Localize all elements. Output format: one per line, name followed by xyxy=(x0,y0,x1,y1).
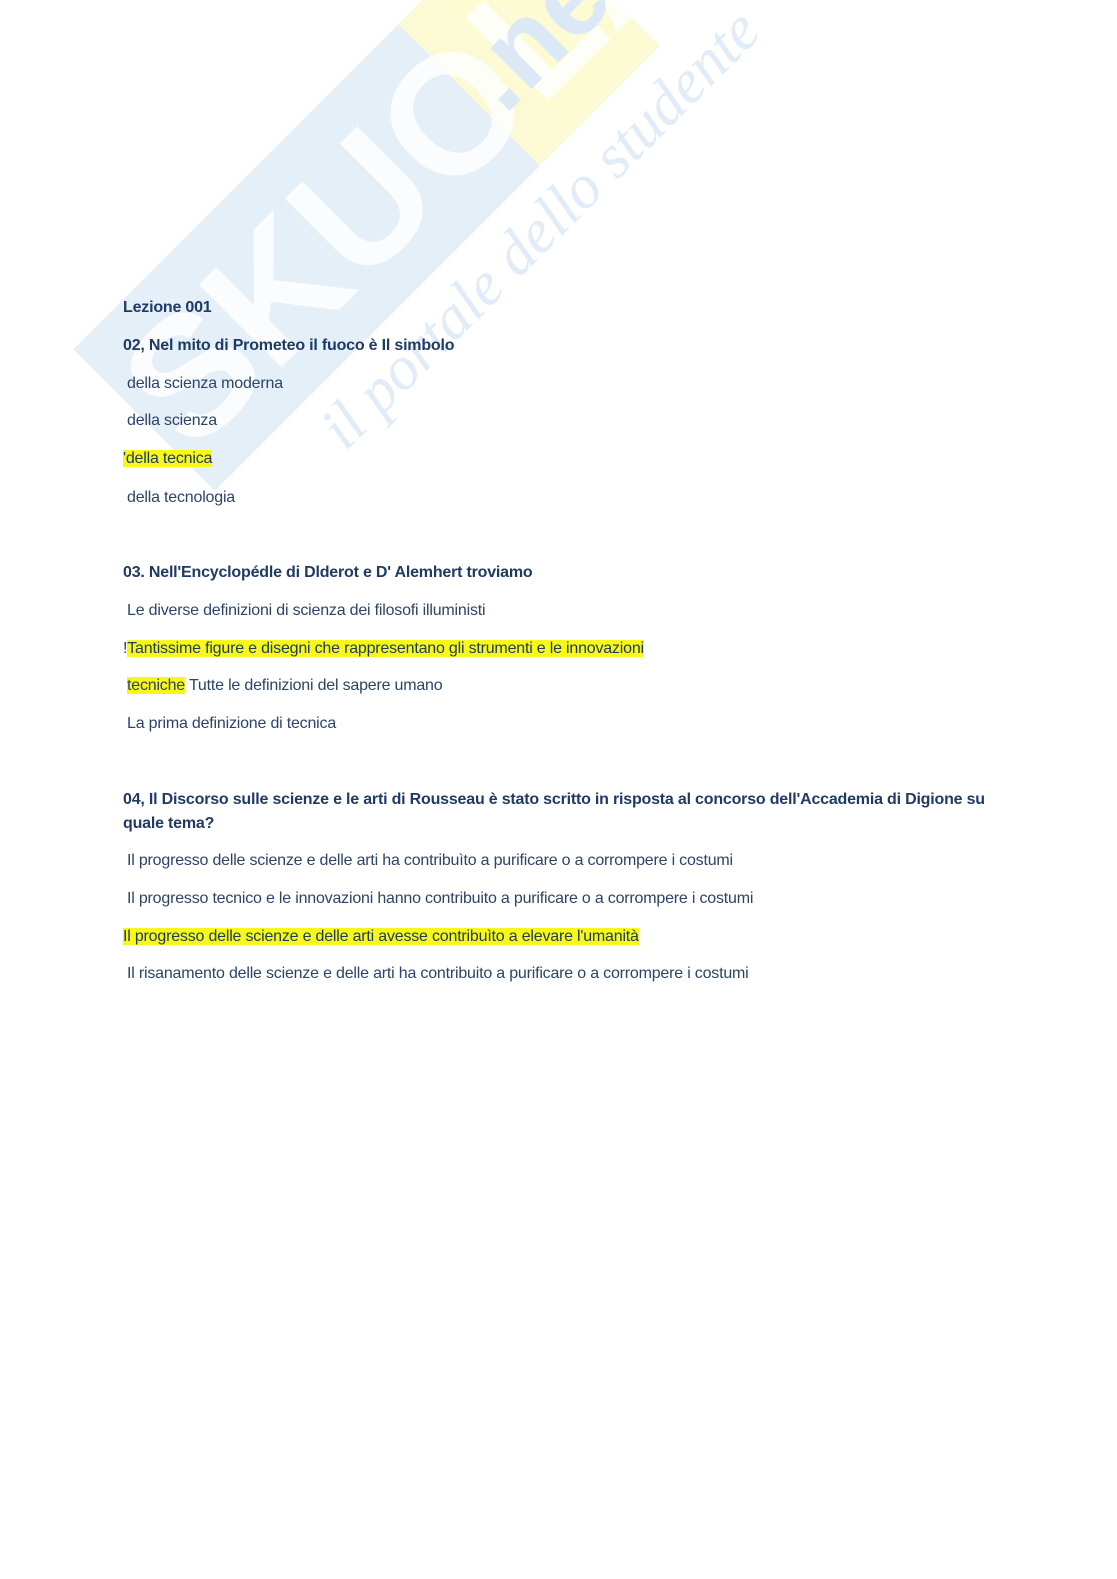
answer-option-correct: 'della tecnica xyxy=(123,448,212,470)
question-04: 04, Il Discorso sulle scienze e le arti … xyxy=(123,788,1003,836)
question-02: 02, Nel mito di Prometeo il fuoco è Il s… xyxy=(123,335,454,357)
answer-option: della tecnologia xyxy=(123,487,235,509)
answer-option: Il progresso tecnico e le innovazioni ha… xyxy=(123,888,753,910)
lesson-title: Lezione 001 xyxy=(123,297,212,319)
answer-option: Le diverse definizioni di scienza dei fi… xyxy=(123,600,485,622)
answer-option: La prima definizione di tecnica xyxy=(123,713,336,735)
watermark-tagline: il portale dello studente xyxy=(307,0,773,462)
answer-option: della scienza moderna xyxy=(123,373,283,395)
watermark-suffix: .net xyxy=(435,0,660,133)
answer-option-correct: !Tantissime figure e disegni che rappres… xyxy=(123,638,644,660)
answer-option: Il risanamento delle scienze e delle art… xyxy=(123,963,749,985)
question-03: 03. Nell'Encyclopédle di Dlderot e D' Al… xyxy=(123,562,532,584)
answer-option: Il progresso delle scienze e delle arti … xyxy=(123,850,733,872)
answer-option-continued: tecniche Tutte le definizioni del sapere… xyxy=(123,675,442,697)
answer-option-correct: Il progresso delle scienze e delle arti … xyxy=(123,926,639,948)
answer-option: della scienza xyxy=(123,410,217,432)
